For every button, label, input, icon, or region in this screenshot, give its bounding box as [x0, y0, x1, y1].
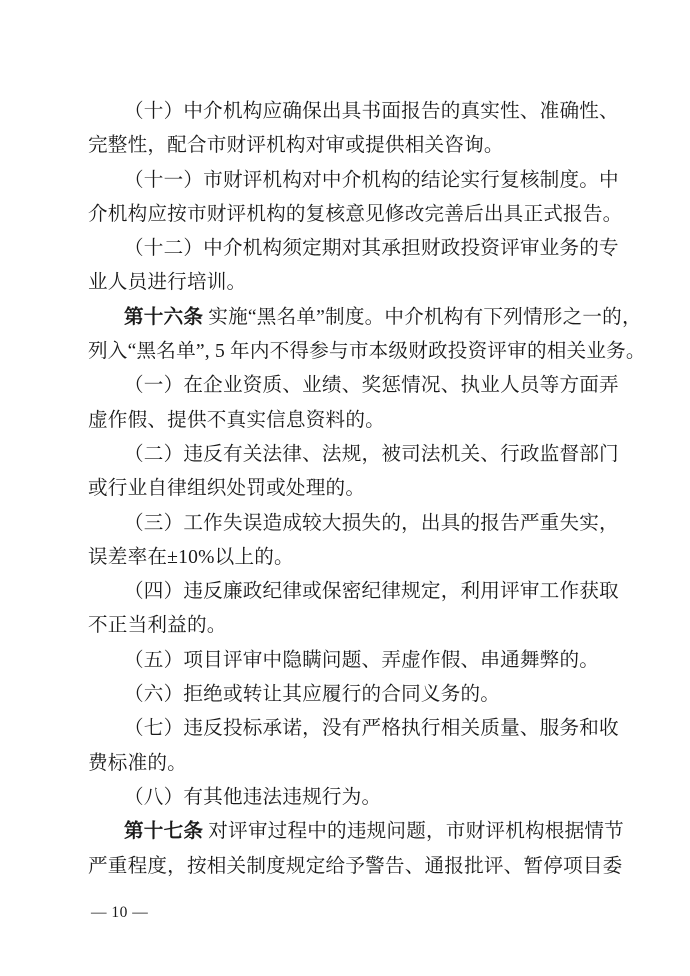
doc-line: 完整性，配合市财评机构对审或提供相关咨询。	[88, 129, 608, 163]
footer-dash-right: —	[132, 904, 148, 921]
doc-line: （六）拒绝或转让其应履行的合同义务的。	[88, 678, 608, 712]
doc-line: 列入“黑名单”, 5 年内不得参与市本级财政投资评审的相关业务。	[88, 335, 608, 369]
doc-line: 或行业自律组织处罚或处理的。	[88, 472, 608, 506]
doc-line: （十）中介机构应确保出具书面报告的真实性、准确性、	[88, 95, 608, 129]
article-text: 对评审过程中的违规问题，市财评机构根据情节	[203, 821, 624, 842]
doc-line: （四）违反廉政纪律或保密纪律规定，利用评审工作获取	[88, 575, 608, 609]
article-number: 第十六条	[124, 307, 203, 328]
doc-line: 虚作假、提供不真实信息资料的。	[88, 404, 608, 438]
doc-line: 严重程度，按相关制度规定给予警告、通报批评、暂停项目委	[88, 850, 608, 884]
doc-line: （二）违反有关法律、法规，被司法机关、行政监督部门	[88, 438, 608, 472]
doc-line: （三）工作失误造成较大损失的，出具的报告严重失实，	[88, 507, 608, 541]
document-page: （十）中介机构应确保出具书面报告的真实性、准确性、 完整性，配合市财评机构对审或…	[0, 0, 690, 976]
doc-line: 费标准的。	[88, 747, 608, 781]
doc-line: 业人员进行培训。	[88, 266, 608, 300]
page-footer: — 10 —	[91, 902, 148, 923]
footer-dash-left: —	[91, 904, 107, 921]
article-text: 实施“黑名单”制度。中介机构有下列情形之一的，	[203, 307, 642, 328]
doc-line: （十一）市财评机构对中介机构的结论实行复核制度。中	[88, 164, 608, 198]
doc-line: 不正当利益的。	[88, 609, 608, 643]
article-number: 第十七条	[124, 821, 203, 842]
doc-line: 第十七条 对评审过程中的违规问题，市财评机构根据情节	[88, 815, 608, 849]
doc-line: 第十六条 实施“黑名单”制度。中介机构有下列情形之一的，	[88, 301, 608, 335]
doc-line: （十二）中介机构须定期对其承担财政投资评审业务的专	[88, 232, 608, 266]
document-body: （十）中介机构应确保出具书面报告的真实性、准确性、 完整性，配合市财评机构对审或…	[88, 95, 608, 884]
page-number: 10	[111, 904, 128, 921]
doc-line: （八）有其他违法违规行为。	[88, 781, 608, 815]
doc-line: 介机构应按市财评机构的复核意见修改完善后出具正式报告。	[88, 198, 608, 232]
doc-line: （一）在企业资质、业绩、奖惩情况、执业人员等方面弄	[88, 369, 608, 403]
doc-line: 误差率在±10%以上的。	[88, 541, 608, 575]
doc-line: （五）项目评审中隐瞒问题、弄虚作假、串通舞弊的。	[88, 644, 608, 678]
doc-line: （七）违反投标承诺，没有严格执行相关质量、服务和收	[88, 712, 608, 746]
